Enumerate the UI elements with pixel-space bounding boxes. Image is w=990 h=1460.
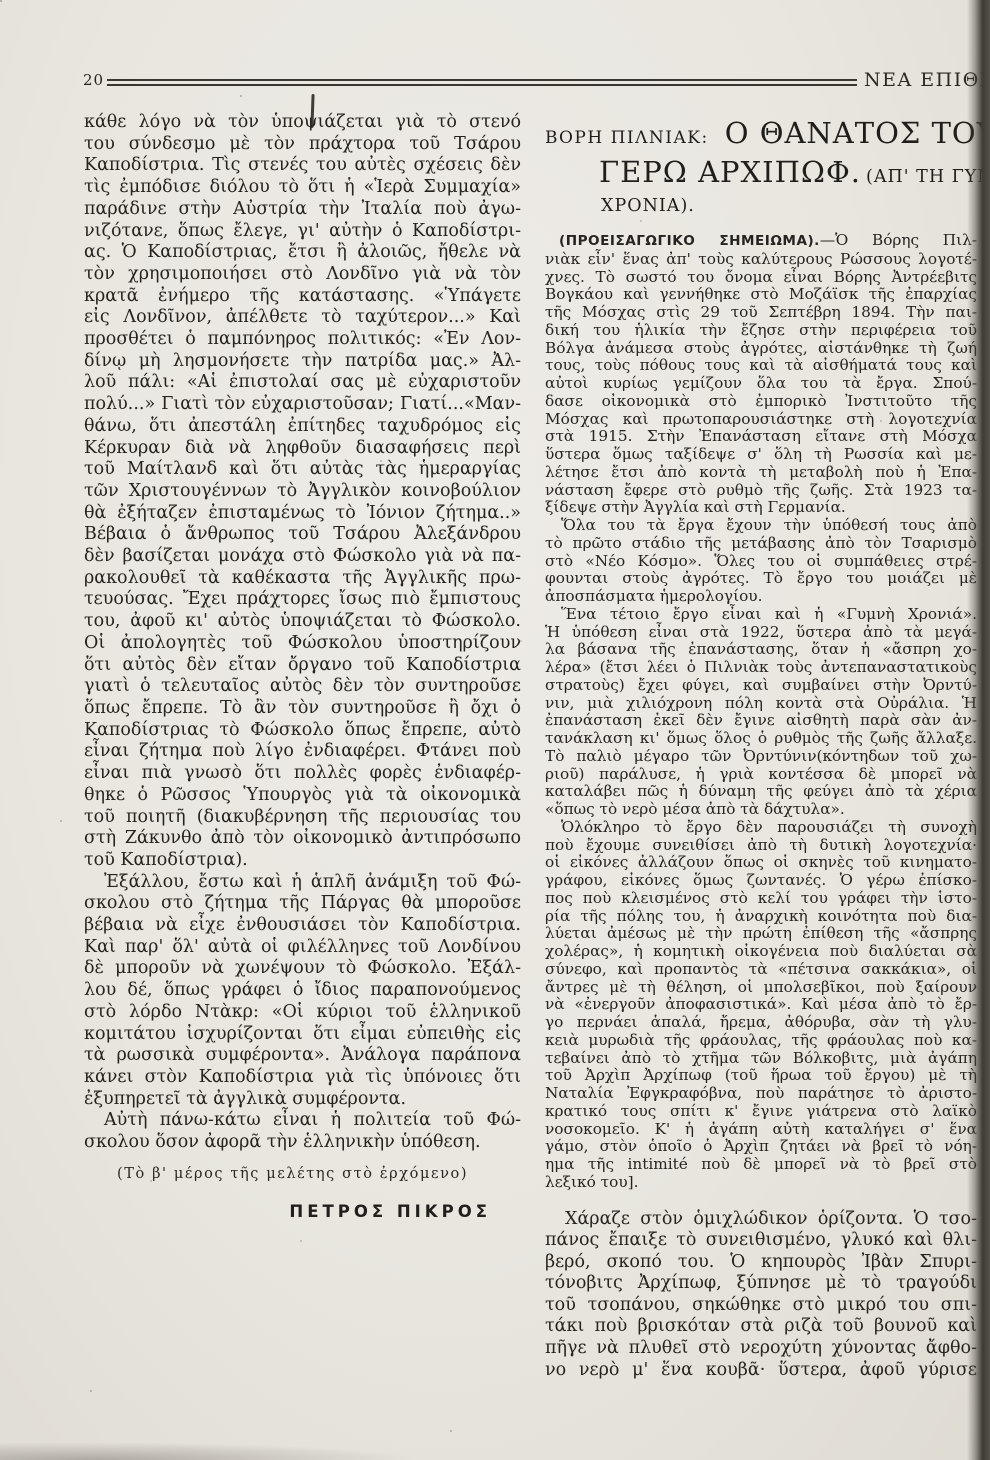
text-line: ὅπως ἔπρεπε. Τὸ ἂν τὸν συντηροῦσε ἢ ὄχι … (84, 698, 521, 720)
text-line: προσθέτει ὁ παμπόνηρος πολιτικός: «Ἐν Λο… (84, 329, 521, 351)
text-line: βέβαια νὰ εἶχε ἐνθουσιάσει τὸν Καποδίστρ… (84, 915, 521, 937)
title-row-3: ΧΡΟΝΙΑ). (545, 196, 977, 216)
text-line: τευούσας. Ἔχει πράχτορες ἴσως πιὸ ἔμπιστ… (84, 589, 521, 611)
text-line: Βέβαια ὁ ἄνθρωπος τοῦ Τσάρου Ἀλεξάνδρου (84, 524, 521, 546)
title-row-1: ΒΟΡΗ ΠΙΛΝΙΑΚ: Ο ΘΑΝΑΤΟΣ ΤΟΥ (545, 116, 977, 150)
text-line: γράφου, εἰκόνες ὅμως ζωντανές. Ὁ γέρω ἐπ… (545, 872, 977, 890)
text-line: πῆγε νὰ πλυθεῖ στὸ νεροχύτη χύνοντας ἄφθ… (545, 1338, 977, 1360)
text-line: Ἡ ὑπόθεση εἶναι στὰ 1922, ὕστερα ἀπὸ τὰ … (545, 624, 977, 642)
text-line: τῶν Χριστουγέννων τὸ Ἀγγλικὸν κοινοβούλι… (84, 481, 521, 503)
text-line: Μόσχας καὶ πρωτοπαρουσιάστηκε στὴ λογοτε… (545, 411, 977, 429)
text-line: λα βάσανα τῆς ἐπανάστασης, ὅταν ἡ «ἄσπρη… (545, 641, 977, 659)
text-line: ὕστερα ὅμως ταξίδεψε σ' ὅλη τὴ Ρωσσία κα… (545, 446, 977, 464)
text-line: στὰ 1915. Στὴν Ἐπανάσταση εἴτανε στὴ Μόσ… (545, 428, 977, 446)
note-paragraph-1: νιὰκ εἶν' ἕνας ἀπ' τοὺς καλύτερους Ρώσσο… (545, 251, 977, 517)
text-line: φουνται στοὺς ἀγρότες. Τὸ ἔργο του μοιάζ… (545, 570, 977, 588)
text-line: ποὺ ἔχουμε συνειθίσει ἀπὸ τὴ δυτικὴ λογο… (545, 837, 977, 855)
article-title-line-1: Ο ΘΑΝΑΤΟΣ ΤΟΥ (725, 116, 990, 150)
note-lead-line: (ΠΡΟΕΙΣΑΓΩΓΙΚΟ ΣΗΜΕΙΩΜΑ).—Ὁ Βόρης Πιλ- (545, 232, 977, 251)
note-paragraph-2: Ὅλα του τὰ ἔργα ἔχουν τὴν ὑπόθεσή τους ἀ… (545, 517, 977, 606)
text-line: Ἐξάλλου, ἔστω καὶ ἡ ἁπλῆ ἀνάμιξη τοῦ Φώ- (84, 872, 521, 894)
text-line: Βογκάου καὶ γεννήθηκε στὸ Μοζάϊσκ τῆς ἐπ… (545, 286, 977, 304)
text-line: νιὰκ εἶν' ἕνας ἀπ' τοὺς καλύτερους Ρώσσο… (545, 251, 977, 269)
text-line: στὸ «Νέο Κόσμο». Ὅλες του οἱ συμπάθειες … (545, 553, 977, 571)
text-line: Οἱ ἀπολογητὲς τοῦ Φώσκολου ὑποστηρίζουν (84, 633, 521, 655)
text-line: κρατικό τους σπίτι κ' ἔγινε γιάτρενα στὸ… (545, 1103, 977, 1121)
text-line: κάθε λόγο νὰ τὸν ὑποψιάζεται γιὰ τὸ στεν… (84, 112, 521, 134)
text-line: τοῦ Ἀρχὶπ Ἀρχίπωφ (τοῦ ἥρωα τοῦ ἔργου) μ… (545, 1067, 977, 1085)
text-line: οἱ εἰκόνες ἀλλάζουν ὅπως οἱ σκηνὲς τοῦ κ… (545, 854, 977, 872)
text-line: Κέρκυραν διὰ νὰ ληφθοῦν διασαφήσεις περὶ (84, 438, 521, 460)
text-line: θὰ ἐξήταζεν ἐπισταμένως τὸ Ἰόνιον ζήτημα… (84, 503, 521, 525)
text-line: νάσταση ἔφερε στὸ ρυθμὸ τῆς ζωῆς. Στὰ 19… (545, 482, 977, 500)
text-line: τὸν χρησιμοποιήσει στὸ Λονδῖνο γιὰ νὰ τὸ… (84, 264, 521, 286)
note-paragraph-4: Ὁλόκληρο τὸ ἔργο δὲν παρουσιάζει τὴ συνο… (545, 819, 977, 1192)
text-line: Ναταλία Ἐφγκραφόβνα, ποὺ παράτησε τὸ ἀρι… (545, 1085, 977, 1103)
text-line: κρατᾶ ἐνήμερο τῆς κατάστασης. «Ὑπάγετε (84, 286, 521, 308)
text-line: ἐξυπηρετεῖ τὰ ἀγγλικὰ συμφέροντα. (84, 1089, 521, 1111)
text-line: Καποδίστρια. Τὶς στενές του αὐτὲς σχέσει… (84, 155, 521, 177)
article-author: ΒΟΡΗ ΠΙΛΝΙΑΚ: (545, 128, 709, 148)
author-signature: ΠΕΤΡΟΣ ΠΙΚΡΟΣ (84, 1201, 521, 1223)
text-line: θηκε ὁ Ρῶσσος Ὑπουργὸς γιὰ τὰ οἰκονομικὰ (84, 785, 521, 807)
left-paragraph-1: κάθε λόγο νὰ τὸν ὑποψιάζεται γιὰ τὸ στεν… (84, 112, 521, 872)
text-line: λου δέ, ὅπως γράφει ὁ ἴδιος παραπονούμεν… (84, 980, 521, 1002)
text-line: Ἕνα τέτοιο ἔργο εἶναι καὶ ἡ «Γυμνὴ Χρονι… (545, 606, 977, 624)
text-line: στρατοὺς) ἔχει φύγει, καὶ συμβαίνει στὴν… (545, 677, 977, 695)
text-line: τεβαίνει ἀπὸ τὸ χτῆμα τῶν Βόλκοβιτς, μιὰ… (545, 1050, 977, 1068)
text-line: τοῦ Καποδίστρια). (84, 850, 521, 872)
text-line: κάνει στὸν Καποδίστρια γιὰ τὶς ὑπόνοιες … (84, 1067, 521, 1089)
text-line: εἰς Λονδῖνον, ἀπέλθετε τὸ ταχύτερον...» … (84, 307, 521, 329)
text-line: τῆς Μόσχας στὶς 29 τοῦ Σεπτέβρη 1894. Τὴ… (545, 304, 977, 322)
bottom-smudge (0, 1442, 420, 1460)
text-line: Αὐτὴ πάνω-κάτω εἶναι ἡ πολιτεία τοῦ Φώ- (84, 1110, 521, 1132)
left-paragraph-3: Αὐτὴ πάνω-κάτω εἶναι ἡ πολιτεία τοῦ Φώ-σ… (84, 1110, 521, 1153)
article-subtitle-2: ΧΡΟΝΙΑ). (601, 196, 695, 216)
page-number: 20 (83, 71, 104, 89)
text-line: Χάραζε στὸν ὁμιχλώδικον ὁρίζοντα. Ὁ τσο- (545, 1209, 977, 1231)
note-paragraph-3: Ἕνα τέτοιο ἔργο εἶναι καὶ ἡ «Γυμνὴ Χρονι… (545, 606, 977, 819)
text-line: τοῦ Μαίτλανδ καὶ ὅτι αὐτὰς τὰς ἡμεραργία… (84, 459, 521, 481)
text-line: γιατὶ ὁ τελευταῖος αὐτὸς δὲν τὸν συντηρο… (84, 676, 521, 698)
text-line: νοσοκομεῖο. Κ' ἡ ἀγάπη αὐτὴ καταλήγει σ'… (545, 1121, 977, 1139)
text-line: χνες. Τὸ σωστό του ὄνομα εἶναι Βόρης Ἀντ… (545, 269, 977, 287)
text-line: δὲ μποροῦν νὰ χωνέψουν τὸ Φώσκολο. Ἐξάλ- (84, 958, 521, 980)
text-line: παράδινε στὴν Αὐστρία τὴν Ἰταλία ποὺ ἀγω… (84, 199, 521, 221)
text-line: ὅτι αὐτὸς δὲν εἴταν ὄργανο τοῦ Καποδίστρ… (84, 655, 521, 677)
text-line: Ὅλα του τὰ ἔργα ἔχουν τὴν ὑπόθεσή τους ἀ… (545, 517, 977, 535)
header-rule (107, 79, 857, 86)
text-line: δίνῳ μὴ λησμονήσετε τὴν πατρίδα μας.» Ἀλ… (84, 351, 521, 373)
text-line: τὰ ρωσσικὰ συμφέροντα». Ἀνάλογα παράπονα (84, 1045, 521, 1067)
title-row-2: ΓΕΡΩ ΑΡΧΙΠΩΦ. (ΑΠ' ΤΗ ΓΥΜΝΗ (545, 155, 977, 189)
text-line: Καποδίστριας τὸ Φώσκολο ὅπως ἔπρεπε, αὐτ… (84, 720, 521, 742)
text-line: Καὶ παρ' ὅλ' αὐτὰ οἱ φιλέλληνες τοῦ Λονδ… (84, 937, 521, 959)
text-line: Ὁλόκληρο τὸ ἔργο δὲν παρουσιάζει τὴ συνο… (545, 819, 977, 837)
text-line: κομιτάτου ἰσχυρίζονται ὅτι εἶμαι εὐπειθὴ… (84, 1024, 521, 1046)
text-line: γάμο, στὸν ὁποῖο ὁ Ἀρχὶπ ζητάει νὰ βρεῖ … (545, 1138, 977, 1156)
text-line: λύεται ἀμέσως μὲ τὴν πρώτη ἐπίθεση τῆς «… (545, 925, 977, 943)
text-line: δασε οἰκονομικὰ στὸ ἐμπορικὸ Ἰνστιτοῦτο … (545, 393, 977, 411)
text-line: τὸ πρῶτο στάδιο τῆς μετάβασης ἀπὸ τὸν Τσ… (545, 535, 977, 553)
text-line: τόνοβιτς Ἀρχίπωφ, ξύπνησε μὲ τὸ τραγούδι (545, 1273, 977, 1295)
text-line: νὰ «ἐνεργοῦν ἀποφασιστικά». Καὶ μέσα ἀπὸ… (545, 996, 977, 1014)
text-line: αὐτοὶ κυρίως γεμίζουν ὅλα του τὰ ἔργα. Σ… (545, 375, 977, 393)
text-line: ἄντρες μὲ τὴ θέληση, οἱ μπολσεβῖκοι, ποὺ… (545, 979, 977, 997)
introductory-note: (ΠΡΟΕΙΣΑΓΩΓΙΚΟ ΣΗΜΕΙΩΜΑ).—Ὁ Βόρης Πιλ- ν… (545, 232, 977, 1192)
text-line: σκολου ὅσον ἀφορᾶ τὴν ἑλληνικὴν ὑπόθεση. (84, 1132, 521, 1154)
article-title: ΒΟΡΗ ΠΙΛΝΙΑΚ: Ο ΘΑΝΑΤΟΣ ΤΟΥ ΓΕΡΩ ΑΡΧΙΠΩΦ… (545, 116, 977, 216)
text-line: Τὸ παλιὸ μέγαρο τῶν Ὀρντύνιν(κόντηδων το… (545, 748, 977, 766)
text-line: λέτησε ἔτσι ἀπὸ κοντὰ τὴ μεταβολὴ ποὺ ἡ … (545, 464, 977, 482)
text-line: θάνω, ὅτι ἀπεστάλη ἐπίτηδες ταχυδρόμος ε… (84, 416, 521, 438)
text-line: βερό, σκοπό του. Ὁ κηπουρὸς Ἰβὰν Σπυρι- (545, 1252, 977, 1274)
text-line: χολέρας», ἡ κομητικὴ οἰκογένεια ποὺ διαλ… (545, 943, 977, 961)
text-line: σκολου στὸ ζήτημα τῆς Πάργας θὰ μποροῦσε (84, 893, 521, 915)
text-line: πος ποὺ κλεισμένος στὸ κελί του γράφει τ… (545, 890, 977, 908)
left-paragraph-2: Ἐξάλλου, ἔστω καὶ ἡ ἁπλῆ ἀνάμιξη τοῦ Φώ-… (84, 872, 521, 1111)
text-line: στὸ λόρδο Ντὰκρ: «Οἱ κύριοι τοῦ ἑλληνικο… (84, 1002, 521, 1024)
text-line: πάνος ἔπαιξε τὸ συνειθισμένο, γλυκό καὶ … (545, 1230, 977, 1252)
text-line: δὲν βασίζεται μονάχα στὸ Φώσκολο γιὰ νὰ … (84, 546, 521, 568)
text-line: νιν, μιὰ χιλιόχρονη πόλη κοντὰ στὰ Οὐράλ… (545, 695, 977, 713)
text-line: τους, τοὺς πόθους τους καὶ τὰ αἰσθήματά … (545, 357, 977, 375)
text-line: ημα τῆς intimité ποὺ δὲ μπορεῖ νὰ τὸ βρε… (545, 1156, 977, 1174)
text-line: νο νερὸ μ' ἕνα κουβᾶ· ὕστερα, ἀφοῦ γύρισ… (545, 1360, 977, 1382)
text-line: ξίδεψε στὴν Ἀγγλία καὶ στὴ Γερμανία. (545, 499, 977, 517)
text-line: ρία τῆς πόλης του, ἡ ἀναρχικὴ κοινότητα … (545, 908, 977, 926)
text-line: ριοῦ) παράλυσε, ἡ γριὰ κοντέσσα δὲ μπορε… (545, 766, 977, 784)
text-line: σύνεφο, καὶ προπαντὸς τὰ «πέτσινα σακκάκ… (545, 961, 977, 979)
right-column: ΒΟΡΗ ΠΙΛΝΙΑΚ: Ο ΘΑΝΑΤΟΣ ΤΟΥ ΓΕΡΩ ΑΡΧΙΠΩΦ… (545, 116, 977, 1381)
text-line: τοῦ τσοπάνου, σηκώθηκε στὸ μικρό του σπι… (545, 1295, 977, 1317)
text-line: ἀποσπάσματα ἡμερολογίου. (545, 588, 977, 606)
text-line: ρακολουθεῖ τὰ καθέκαστα τῆς Ἀγγλικῆς πρω… (84, 568, 521, 590)
story-opening-paragraph: Χάραζε στὸν ὁμιχλώδικον ὁρίζοντα. Ὁ τσο-… (545, 1209, 977, 1382)
text-line: λέρα» (ἔτσι λέει ὁ Πιλνιὰκ τοὺς ἀντεπανα… (545, 659, 977, 677)
text-line: τοῦ ποιητῆ (διακυβέρνηση τῆς περιουσίας … (84, 807, 521, 829)
text-line: κειὰ μυρωδιὰ τῆς φράουλας, τῆς φράουλας … (545, 1032, 977, 1050)
article-title-line-2: ΓΕΡΩ ΑΡΧΙΠΩΦ. (599, 155, 861, 189)
text-line: δική του ἡλικία τὴν ἔζησε στὴν περιφέρει… (545, 322, 977, 340)
continuation-note: (Τὸ β' μέρος τῆς μελέτης στὸ ἐρχόμενο) (84, 1164, 521, 1186)
text-line: του σύνδεσμο μὲ τὸν πράχτορα τοῦ Τσάρου (84, 134, 521, 156)
text-line: λοῦ πάλι: «Αἱ ἐπιστολαί σας μὲ εὐχαριστο… (84, 372, 521, 394)
text-line: πολύ...» Γιατὶ τὸν εὐχαριστοῦσαν; Γιατί.… (84, 394, 521, 416)
text-line: νιζότανε, ὅπως ἔλεγε, γι' αὐτὴν ὁ Καποδί… (84, 221, 521, 243)
text-line: Βόλγα ἀνάμεσα στοὺς ἀγρότες, αἰστάνθηκε … (545, 340, 977, 358)
text-line: τανάκλαση κι' ὅμως ὅλος ὁ ρυθμὸς τῆς ζωῆ… (545, 730, 977, 748)
left-column: κάθε λόγο νὰ τὸν ὑποψιάζεται γιὰ τὸ στεν… (84, 112, 521, 1223)
paper-specks (0, 0, 2, 2)
note-lead: (ΠΡΟΕΙΣΑΓΩΓΙΚΟ ΣΗΜΕΙΩΜΑ). (559, 233, 820, 249)
note-lead-rest: —Ὁ Βόρης Πιλ- (820, 231, 977, 249)
text-line: «ὅπως τὸ νερὸ μέσα ἀπὸ τὰ δάχτυλα». (545, 801, 977, 819)
text-line: ἐπανάσταση ἐκεῖ δὲν ἔγινε αἰσθητὴ παρὰ σ… (545, 712, 977, 730)
text-line: ας. Ὁ Καποδίστριας, ἔτσι ἢ ἀλοιῶς, ἤθελε… (84, 242, 521, 264)
text-line: τάκι ποὺ βρισκόταν στὰ ριζὰ τοῦ βουνοῦ κ… (545, 1316, 977, 1338)
text-line: γο περνάει ἁπαλά, ἤρεμα, ἀθόρυβα, σὰν τὴ… (545, 1014, 977, 1032)
text-line: καταλάβει πῶς ἡ δύναμη τῆς φεύγει ἀπὸ τὰ… (545, 783, 977, 801)
text-line: εἶναι πιὰ γνωσὸ ὅτι πολλὲς φορὲς ἐνδιαφέ… (84, 763, 521, 785)
text-line: λεξικό του]. (545, 1174, 977, 1192)
text-line: του, ἀφοῦ κι' αὐτὸς ὑποψιάζεται τὸ Φώσκο… (84, 611, 521, 633)
text-line: στὴ Ζάκυνθο ἀπὸ τὸν οἰκονομικὸ ἀντιπρόσω… (84, 828, 521, 850)
gutter-shadow (967, 0, 990, 1460)
text-line: τὶς ἐμπόδισε διόλου τὸ ὅτι ἡ «Ἱερὰ Συμμα… (84, 177, 521, 199)
text-line: εἶναι ζήτημα ποὺ λίγο ἐνδιαφέρει. Φτάνει… (84, 741, 521, 763)
